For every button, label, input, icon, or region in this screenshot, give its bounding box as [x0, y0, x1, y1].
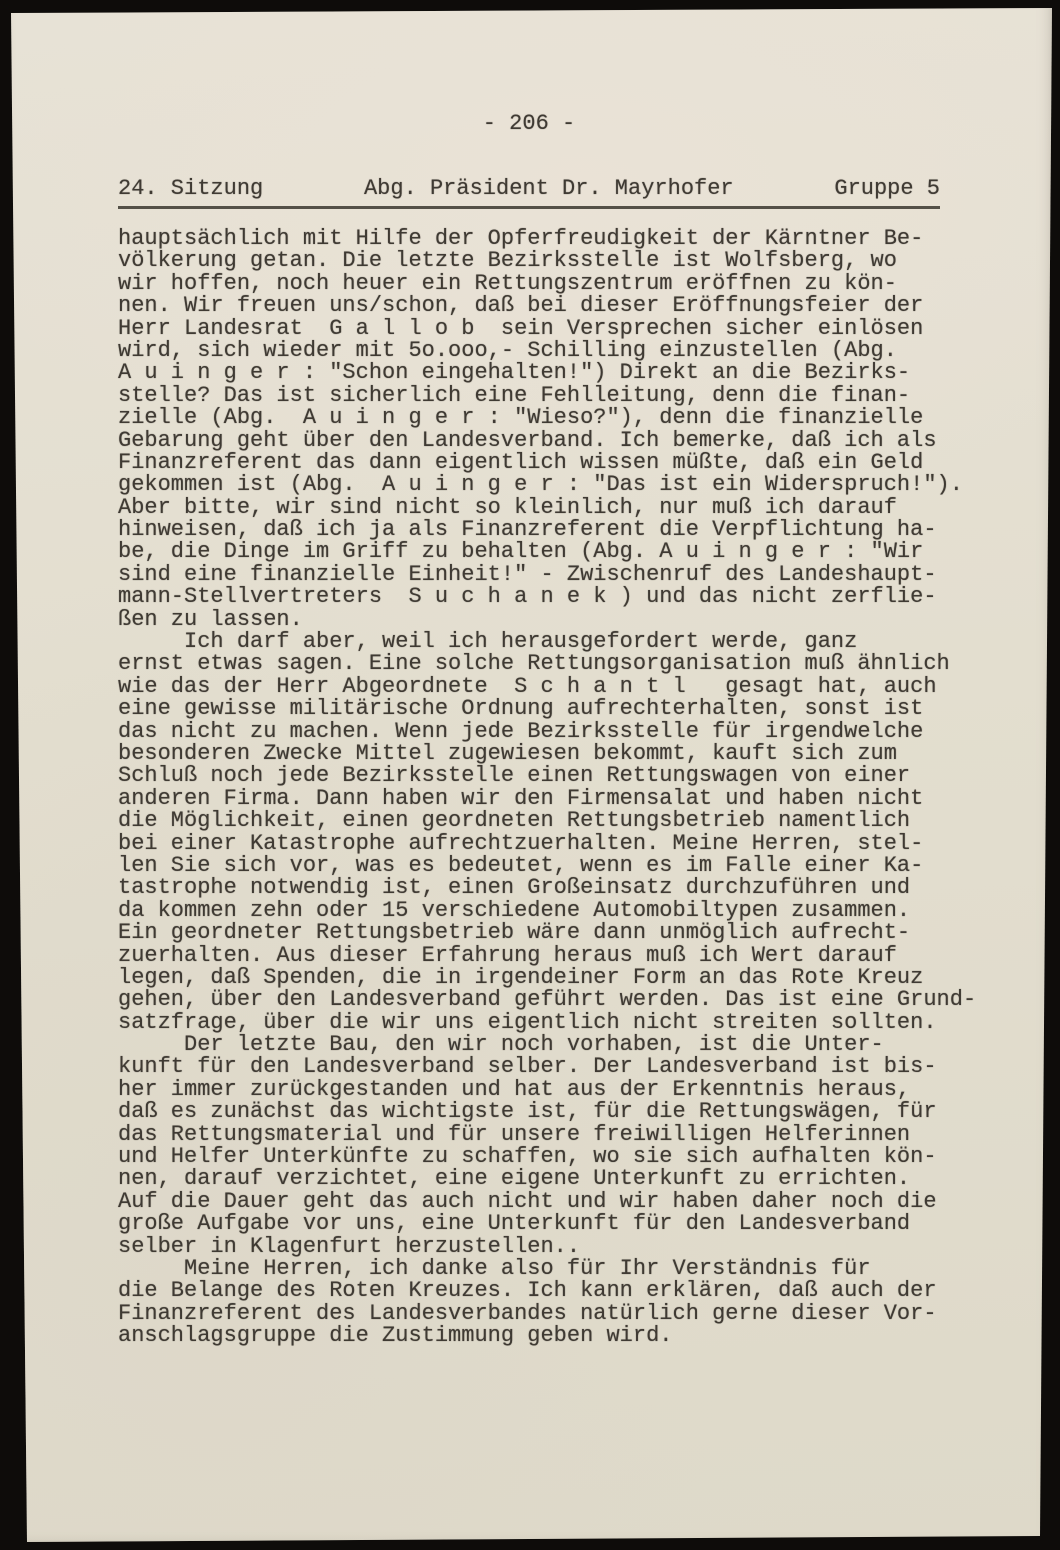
text-line: A u i n g e r : "Schon eingehalten!") Di… [118, 362, 940, 384]
text-line: stelle? Das ist sicherlich eine Fehlleit… [118, 385, 940, 407]
text-line: gehen, über den Landesverband geführt we… [118, 989, 940, 1011]
text-line: kunft für den Landesverband selber. Der … [118, 1056, 940, 1078]
text-line: mann-Stellvertreters S u c h a n e k ) u… [118, 586, 940, 608]
text-line: bei einer Katastrophe aufrechtzuerhalten… [118, 833, 940, 855]
text-line: be, die Dinge im Griff zu behalten (Abg.… [118, 541, 940, 563]
header-session-label: 24. Sitzung [118, 176, 263, 201]
text-line: ßen zu lassen. [118, 609, 940, 631]
text-line: zuerhalten. Aus dieser Erfahrung heraus … [118, 945, 940, 967]
text-line: wird, sich wieder mit 5o.ooo,- Schilling… [118, 340, 940, 362]
text-line: hinweisen, daß ich ja als Finanzreferent… [118, 519, 940, 541]
text-line: Meine Herren, ich danke also für Ihr Ver… [118, 1258, 940, 1280]
text-line: und Helfer Unterkünfte zu schaffen, wo s… [118, 1146, 940, 1168]
header-group-label: Gruppe 5 [834, 176, 940, 201]
text-line: große Aufgabe vor uns, eine Unterkunft f… [118, 1213, 940, 1235]
text-line: da kommen zehn oder 15 verschiedene Auto… [118, 900, 940, 922]
text-line: zielle (Abg. A u i n g e r : "Wieso?"), … [118, 407, 940, 429]
text-line: legen, daß Spenden, die in irgendeiner F… [118, 967, 940, 989]
text-line: Finanzreferent das dann eigentlich wisse… [118, 452, 940, 474]
text-line: eine gewisse militärische Ordnung aufrec… [118, 698, 940, 720]
text-line: sind eine finanzielle Einheit!" - Zwisch… [118, 564, 940, 586]
text-line: Ich darf aber, weil ich herausgefordert … [118, 631, 940, 653]
session-header: 24. Sitzung Abg. Präsident Dr. Mayrhofer… [118, 176, 940, 209]
page-content: - 206 - 24. Sitzung Abg. Präsident Dr. M… [118, 112, 940, 1348]
text-line: das nicht zu machen. Wenn jede Bezirksst… [118, 721, 940, 743]
paper-page: - 206 - 24. Sitzung Abg. Präsident Dr. M… [0, 0, 1060, 1550]
text-line: völkerung getan. Die letzte Bezirksstell… [118, 250, 940, 272]
text-line: nen, darauf verzichtet, eine eigene Unte… [118, 1168, 940, 1190]
body-text: hauptsächlich mit Hilfe der Opferfreudig… [118, 228, 940, 1348]
text-line: anderen Firma. Dann haben wir den Firmen… [118, 788, 940, 810]
text-line: her immer zurückgestanden und hat aus de… [118, 1079, 940, 1101]
text-line: Aber bitte, wir sind nicht so kleinlich,… [118, 497, 940, 519]
text-line: die Möglichkeit, einen geordneten Rettun… [118, 810, 940, 832]
text-line: tastrophe notwendig ist, einen Großeinsa… [118, 877, 940, 899]
text-line: gekommen ist (Abg. A u i n g e r : "Das … [118, 474, 940, 496]
text-line: Gebarung geht über den Landesverband. Ic… [118, 430, 940, 452]
text-line: selber in Klagenfurt herzustellen.. [118, 1236, 940, 1258]
text-line: daß es zunächst das wichtigste ist, für … [118, 1101, 940, 1123]
text-line: hauptsächlich mit Hilfe der Opferfreudig… [118, 228, 940, 250]
text-line: Auf die Dauer geht das auch nicht und wi… [118, 1191, 940, 1213]
text-line: Ein geordneter Rettungsbetrieb wäre dann… [118, 922, 940, 944]
text-line: die Belange des Roten Kreuzes. Ich kann … [118, 1280, 940, 1302]
text-line: ernst etwas sagen. Eine solche Rettungso… [118, 653, 940, 675]
page-number: - 206 - [118, 112, 940, 136]
text-line: nen. Wir freuen uns/schon, daß bei diese… [118, 295, 940, 317]
text-line: Finanzreferent des Landesverbandes natür… [118, 1303, 940, 1325]
text-line: Der letzte Bau, den wir noch vorhaben, i… [118, 1034, 940, 1056]
text-line: Schluß noch jede Bezirksstelle einen Ret… [118, 765, 940, 787]
text-line: len Sie sich vor, was es bedeutet, wenn … [118, 855, 940, 877]
text-line: satzfrage, über die wir uns eigentlich n… [118, 1012, 940, 1034]
text-line: besonderen Zwecke Mittel zugewiesen beko… [118, 743, 940, 765]
text-line: anschlagsgruppe die Zustimmung geben wir… [118, 1325, 940, 1347]
scan-background: - 206 - 24. Sitzung Abg. Präsident Dr. M… [0, 0, 1060, 1550]
text-line: wie das der Herr Abgeordnete S c h a n t… [118, 676, 940, 698]
text-line: Herr Landesrat G a l l o b sein Versprec… [118, 318, 940, 340]
header-president-label: Abg. Präsident Dr. Mayrhofer [364, 176, 734, 201]
text-line: das Rettungsmaterial und für unsere frei… [118, 1124, 940, 1146]
text-line: wir hoffen, noch heuer ein Rettungszentr… [118, 273, 940, 295]
